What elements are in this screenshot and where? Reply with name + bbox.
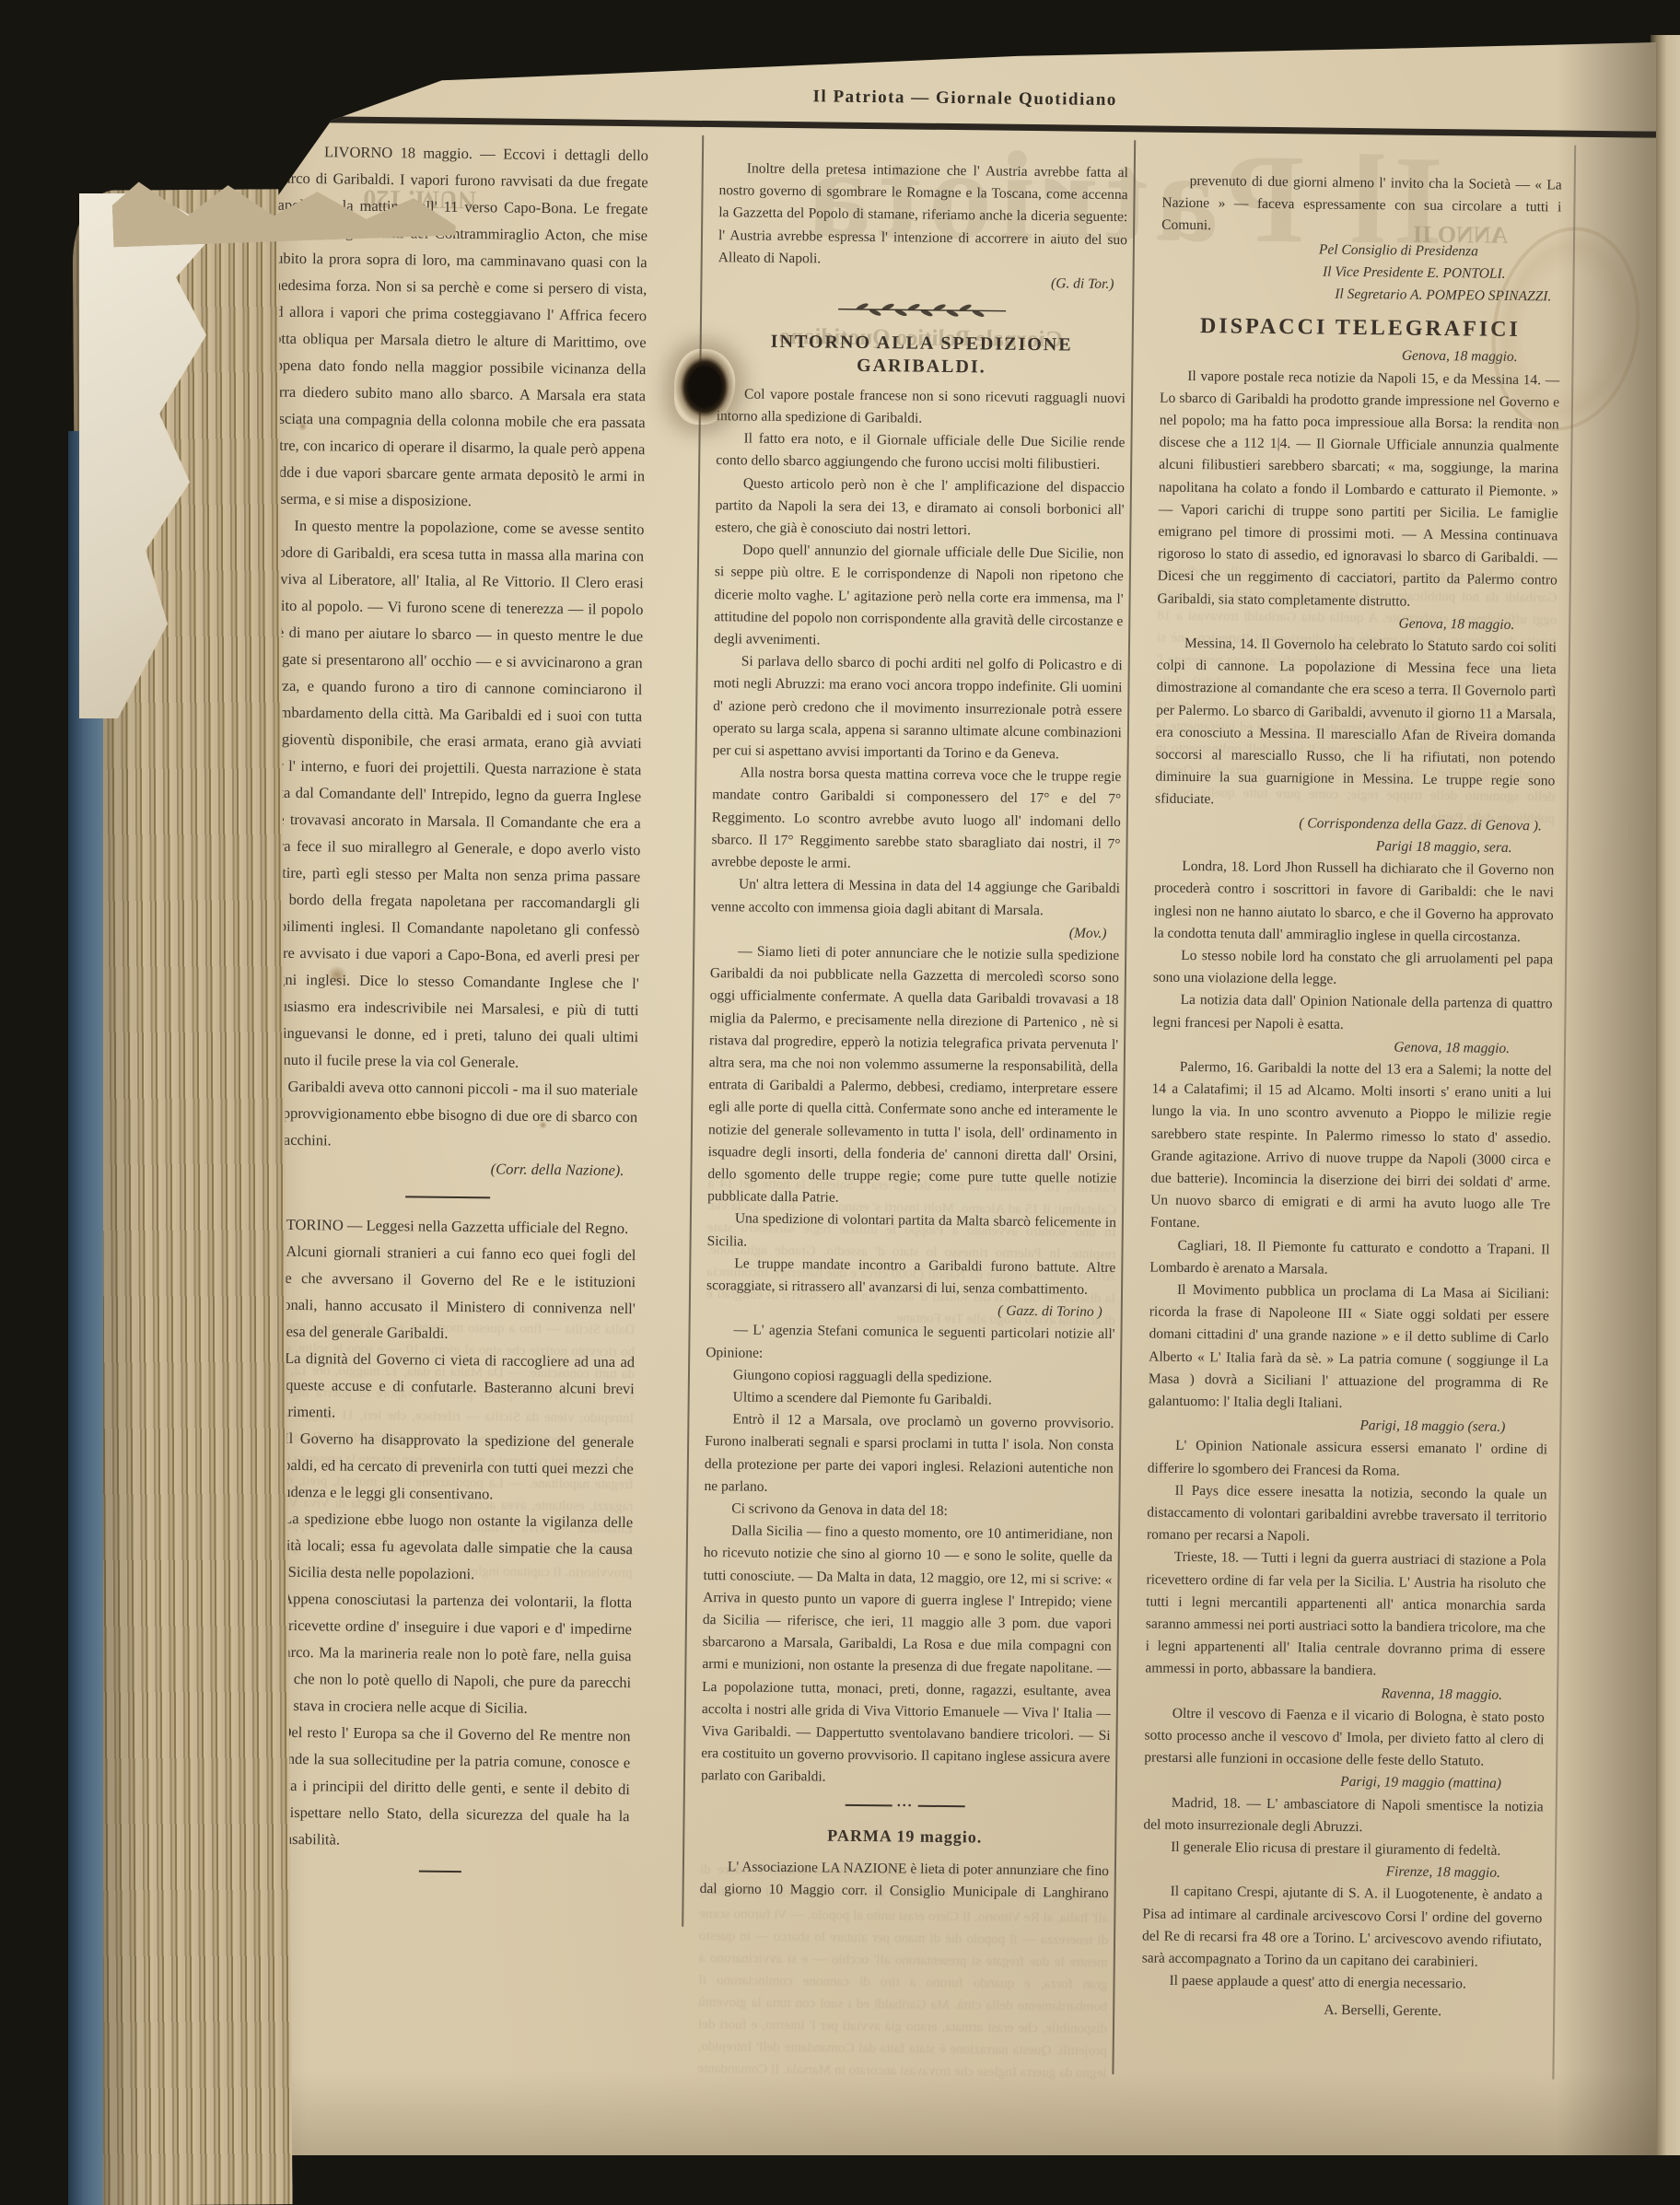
section-heading: INTORNO ALLA SPEDIZIONE GARIBALDI.	[717, 331, 1126, 379]
article-paragraph: L' Opinion Nationale assicura essersi em…	[1148, 1435, 1548, 1484]
article-paragraph: La notizia data dall' Opinion Nationale …	[1152, 989, 1553, 1038]
article-paragraph: Londra, 18. Lord Jhon Russell ha dichiar…	[1153, 856, 1554, 950]
column-right: prevenuto di due giorni almeno l' invito…	[1141, 170, 1562, 2026]
section-heading: PARMA 19 maggio.	[700, 1823, 1109, 1849]
article-paragraph: Il fatto era noto, e il Giornale ufficia…	[716, 427, 1126, 476]
article-paragraph: Le truppe mandate incontro a Garibaldi f…	[706, 1253, 1116, 1301]
newspaper-page: Il Patriota Giornale Politico Quotidiano…	[238, 42, 1656, 2155]
article-paragraph: L' Associazione LA NAZIONE è lieta di po…	[699, 1856, 1109, 1907]
article-paragraph: Cagliari, 18. Il Piemonte fu catturato e…	[1149, 1234, 1550, 1283]
scanned-book-page: Il Patriota Giornale Politico Quotidiano…	[0, 0, 1680, 2205]
article-paragraph: Madrid, 18. — L' ambasciatore di Napoli …	[1143, 1791, 1544, 1840]
article-paragraph: — Siamo lieti di poter annunciare che le…	[707, 940, 1119, 1212]
article-paragraph: Un' altra lettera di Messina in data del…	[711, 873, 1121, 922]
article-paragraph: Appena conosciutasi la partenza dei volo…	[253, 1585, 633, 1723]
foxing-spot	[539, 1121, 547, 1129]
article-paragraph: Questo articolo però non è che l' amplif…	[715, 472, 1125, 544]
article-paragraph: Col vapore postale francese non si sono …	[717, 383, 1126, 432]
article-paragraph: Dalla Sicilia — fino a questo momento, o…	[701, 1520, 1113, 1791]
column-middle: Inoltre della pretesa intimazione che l'…	[699, 157, 1127, 1907]
vine-ornament-icon	[834, 302, 1009, 319]
vine-ornament	[717, 300, 1126, 327]
article-paragraph: Alla nostra borsa questa mattina correva…	[711, 762, 1121, 878]
section-rule	[419, 1871, 461, 1873]
article-paragraph: Alcuni giornali stranieri a cui fanno ec…	[257, 1238, 636, 1349]
article-paragraph: In questo mentre la popolazione, come se…	[261, 512, 645, 1078]
article-paragraph: Il Pays dice essere inesatta la notizia,…	[1147, 1479, 1547, 1551]
article-paragraph: La dignità del Governo ci vieta di racco…	[256, 1345, 635, 1429]
signature-line: A. Berselli, Gerente.	[1141, 1998, 1541, 2024]
article-paragraph: Garibaldi aveva otto cannoni piccoli - m…	[260, 1073, 638, 1158]
article-paragraph: LIVORNO 18 maggio. — Eccovi i dettagli d…	[267, 138, 649, 517]
article-paragraph: Il paese applaude a quest' atto di energ…	[1141, 1970, 1541, 1997]
article-paragraph: Lo stesso nobile lord ha constato che gl…	[1153, 944, 1554, 993]
article-paragraph: Il capitano Crespi, ajutante di S. A. il…	[1142, 1881, 1543, 1975]
article-paragraph: Il Governo ha disapprovato la spedizione…	[255, 1425, 634, 1510]
article-paragraph: Trieste, 18. — Tutti i legni da guerra a…	[1145, 1546, 1546, 1685]
article-paragraph: Dopo quell' annunzio del giornale uffici…	[714, 539, 1124, 655]
article-paragraph: Una spedizione di volontari partita da M…	[706, 1207, 1116, 1256]
column-left: LIVORNO 18 maggio. — Eccovi i dettagli d…	[251, 138, 648, 1962]
article-paragraph: Il Movimento pubblica un proclama di La …	[1149, 1278, 1550, 1417]
article-paragraph: — L' agenzia Stefani comunica le seguent…	[706, 1319, 1115, 1368]
foxing-spot	[298, 422, 308, 431]
article-paragraph: Entrò il 12 a Marsala, ove proclamò un g…	[704, 1408, 1114, 1502]
article-paragraph: Il vapore postale reca notizie da Napoli…	[1157, 365, 1559, 614]
article-paragraph: Oltre il vescovo di Faenza e il vicario …	[1144, 1702, 1545, 1774]
article-paragraph: Si parlava dello sbarco di pochi arditi …	[713, 650, 1123, 766]
article-paragraph: Inoltre della pretesa intimazione che l'…	[718, 157, 1128, 274]
section-rule	[405, 1196, 490, 1198]
article-paragraph: prevenuto di due giorni almeno l' invito…	[1161, 170, 1562, 242]
page-content: Il Patriota Giornale Politico Quotidiano…	[223, 34, 1665, 2163]
masthead-rule	[285, 116, 1662, 138]
masthead-title: Il Patriota — Giornale Quotidiano	[763, 87, 1168, 111]
article-paragraph: Del resto l' Europa sa che il Governo de…	[251, 1719, 631, 1857]
article-paragraph: Palermo, 16. Garibaldi la notte del 13 e…	[1150, 1056, 1552, 1239]
article-attribution: (Corr. della Nazione).	[259, 1153, 636, 1184]
foxing-spot	[327, 965, 347, 984]
article-attribution: (G. di Tor.)	[717, 269, 1126, 296]
article-paragraph: Messina, 14. Il Governolo ha celebrato l…	[1155, 633, 1557, 816]
dots-divider: •••	[846, 1800, 965, 1810]
article-paragraph: La spedizione ebbe luogo non ostante la …	[254, 1505, 633, 1590]
article-paragraph: TORINO — Leggesi nella Gazzetta ufficial…	[259, 1211, 636, 1242]
